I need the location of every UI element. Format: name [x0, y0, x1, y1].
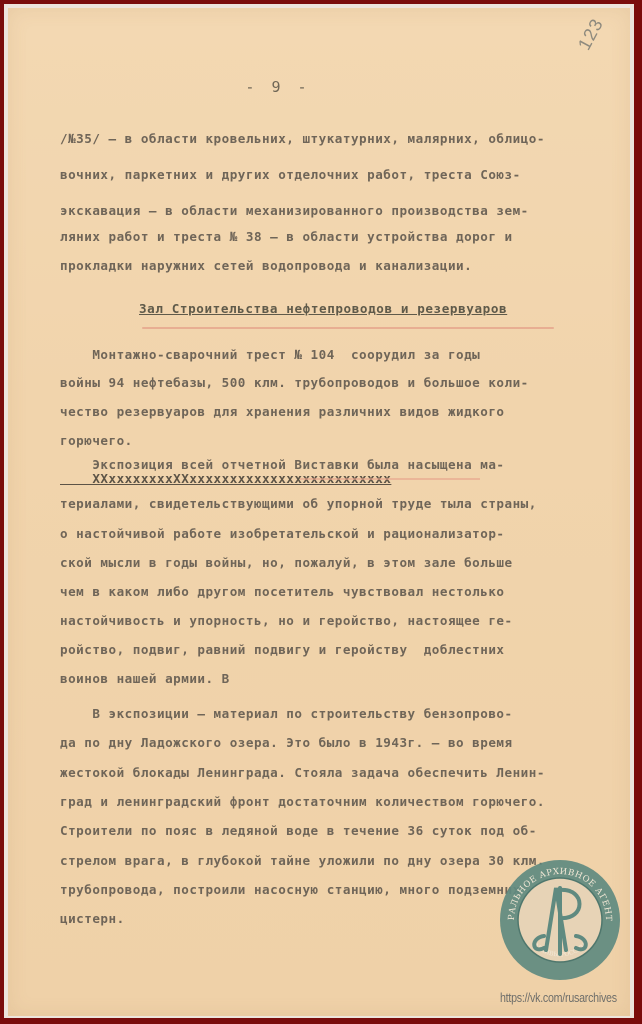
- text-line: ляних работ и треста № 38 – в области ус…: [60, 229, 513, 245]
- text-line: трубопровода, построили насосную станцию…: [60, 882, 521, 898]
- text-line: вочних, паркетних и других отделочних ра…: [60, 167, 521, 183]
- archive-stamp: ФЕДЕРАЛЬНОЕ АРХИВНОЕ АГЕНТСТВО АРХИВЫ РО…: [498, 858, 622, 982]
- page-number: - 9 -: [8, 78, 548, 96]
- text-line: о настойчивой работе изобретательской и …: [60, 526, 505, 542]
- text-line: настойчивость и упорность, но и геройств…: [60, 613, 513, 629]
- text-line: териалами, свидетельствующими об упорной…: [60, 496, 537, 512]
- text-line: экскавация – в области механизированного…: [60, 203, 529, 219]
- text-line: прокладки наружних сетей водопровода и к…: [60, 258, 472, 274]
- text-line: В экспозиции – материал по строительству…: [60, 706, 513, 722]
- text-line: да по дну Ладожского озера. Это было в 1…: [60, 735, 513, 751]
- text-line: войны 94 нефтебазы, 500 клм. трубопровод…: [60, 375, 529, 391]
- text-line: Монтажно-сварочний трест № 104 соорудил …: [60, 347, 480, 363]
- text-line: ройство, подвиг, равний подвигу и геройс…: [60, 642, 505, 658]
- text-line: /№35/ – в области кровельних, штукатурни…: [60, 131, 545, 147]
- text-line: воинов нашей армии. В: [60, 671, 230, 687]
- text-line: горючего.: [60, 433, 133, 449]
- red-pencil-mark: [300, 478, 480, 480]
- archive-seal-icon: ФЕДЕРАЛЬНОЕ АРХИВНОЕ АГЕНТСТВО АРХИВЫ РО…: [498, 858, 622, 982]
- text-line: ской мысли в годы войны, но, пожалуй, в …: [60, 555, 513, 571]
- text-line: Строители по пояс в ледяной воде в течен…: [60, 823, 537, 839]
- red-pencil-underline: [142, 327, 554, 329]
- source-watermark: https://vk.com/rusarchives: [500, 990, 617, 1005]
- archive-sheet-number: 123: [574, 15, 608, 54]
- text-line: цистерн.: [60, 911, 125, 927]
- text-line: стрелом врага, в глубокой тайне уложили …: [60, 853, 545, 869]
- section-heading: Зал Строительства нефтепроводов и резерв…: [139, 301, 507, 316]
- text-line: чем в каком либо другом посетитель чувст…: [60, 584, 505, 600]
- text-line: жестокой блокады Ленинграда. Стояла зада…: [60, 765, 545, 781]
- text-line: чество резервуаров для хранения различни…: [60, 404, 505, 420]
- text-line: град и ленинградский фронт достаточним к…: [60, 794, 545, 810]
